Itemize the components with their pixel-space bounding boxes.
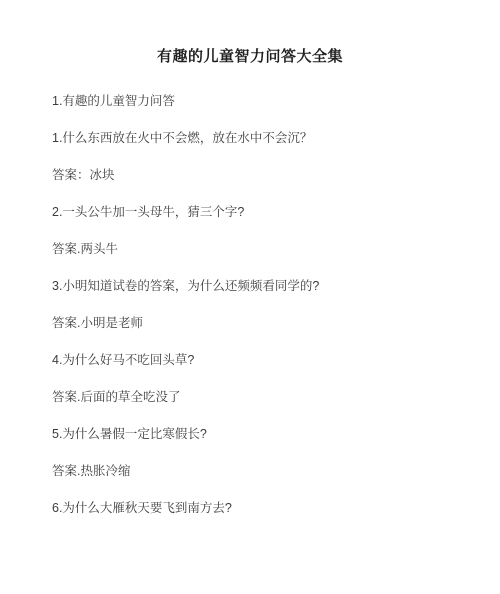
answer-4: 答案.后面的草全吃没了 — [52, 379, 460, 416]
answer-3: 答案.小明是老师 — [52, 305, 460, 342]
question-3: 3.小明知道试卷的答案，为什么还频频看同学的? — [52, 268, 460, 305]
section-heading: 1.有趣的儿童智力问答 — [52, 83, 460, 120]
document-page: 有趣的儿童智力问答大全集 1.有趣的儿童智力问答 1.什么东西放在火中不会燃，放… — [0, 0, 500, 594]
document-body: 1.有趣的儿童智力问答 1.什么东西放在火中不会燃，放在水中不会沉？ 答案：冰块… — [0, 66, 500, 527]
question-6: 6.为什么大雁秋天要飞到南方去? — [52, 490, 460, 527]
question-4: 4.为什么好马不吃回头草? — [52, 342, 460, 379]
question-2: 2.一头公牛加一头母牛，猜三个字? — [52, 194, 460, 231]
answer-1: 答案：冰块 — [52, 157, 460, 194]
answer-2: 答案.两头牛 — [52, 231, 460, 268]
question-5: 5.为什么暑假一定比寒假长? — [52, 416, 460, 453]
question-1: 1.什么东西放在火中不会燃，放在水中不会沉？ — [52, 120, 460, 157]
page-title: 有趣的儿童智力问答大全集 — [0, 0, 500, 66]
answer-5: 答案.热胀冷缩 — [52, 453, 460, 490]
